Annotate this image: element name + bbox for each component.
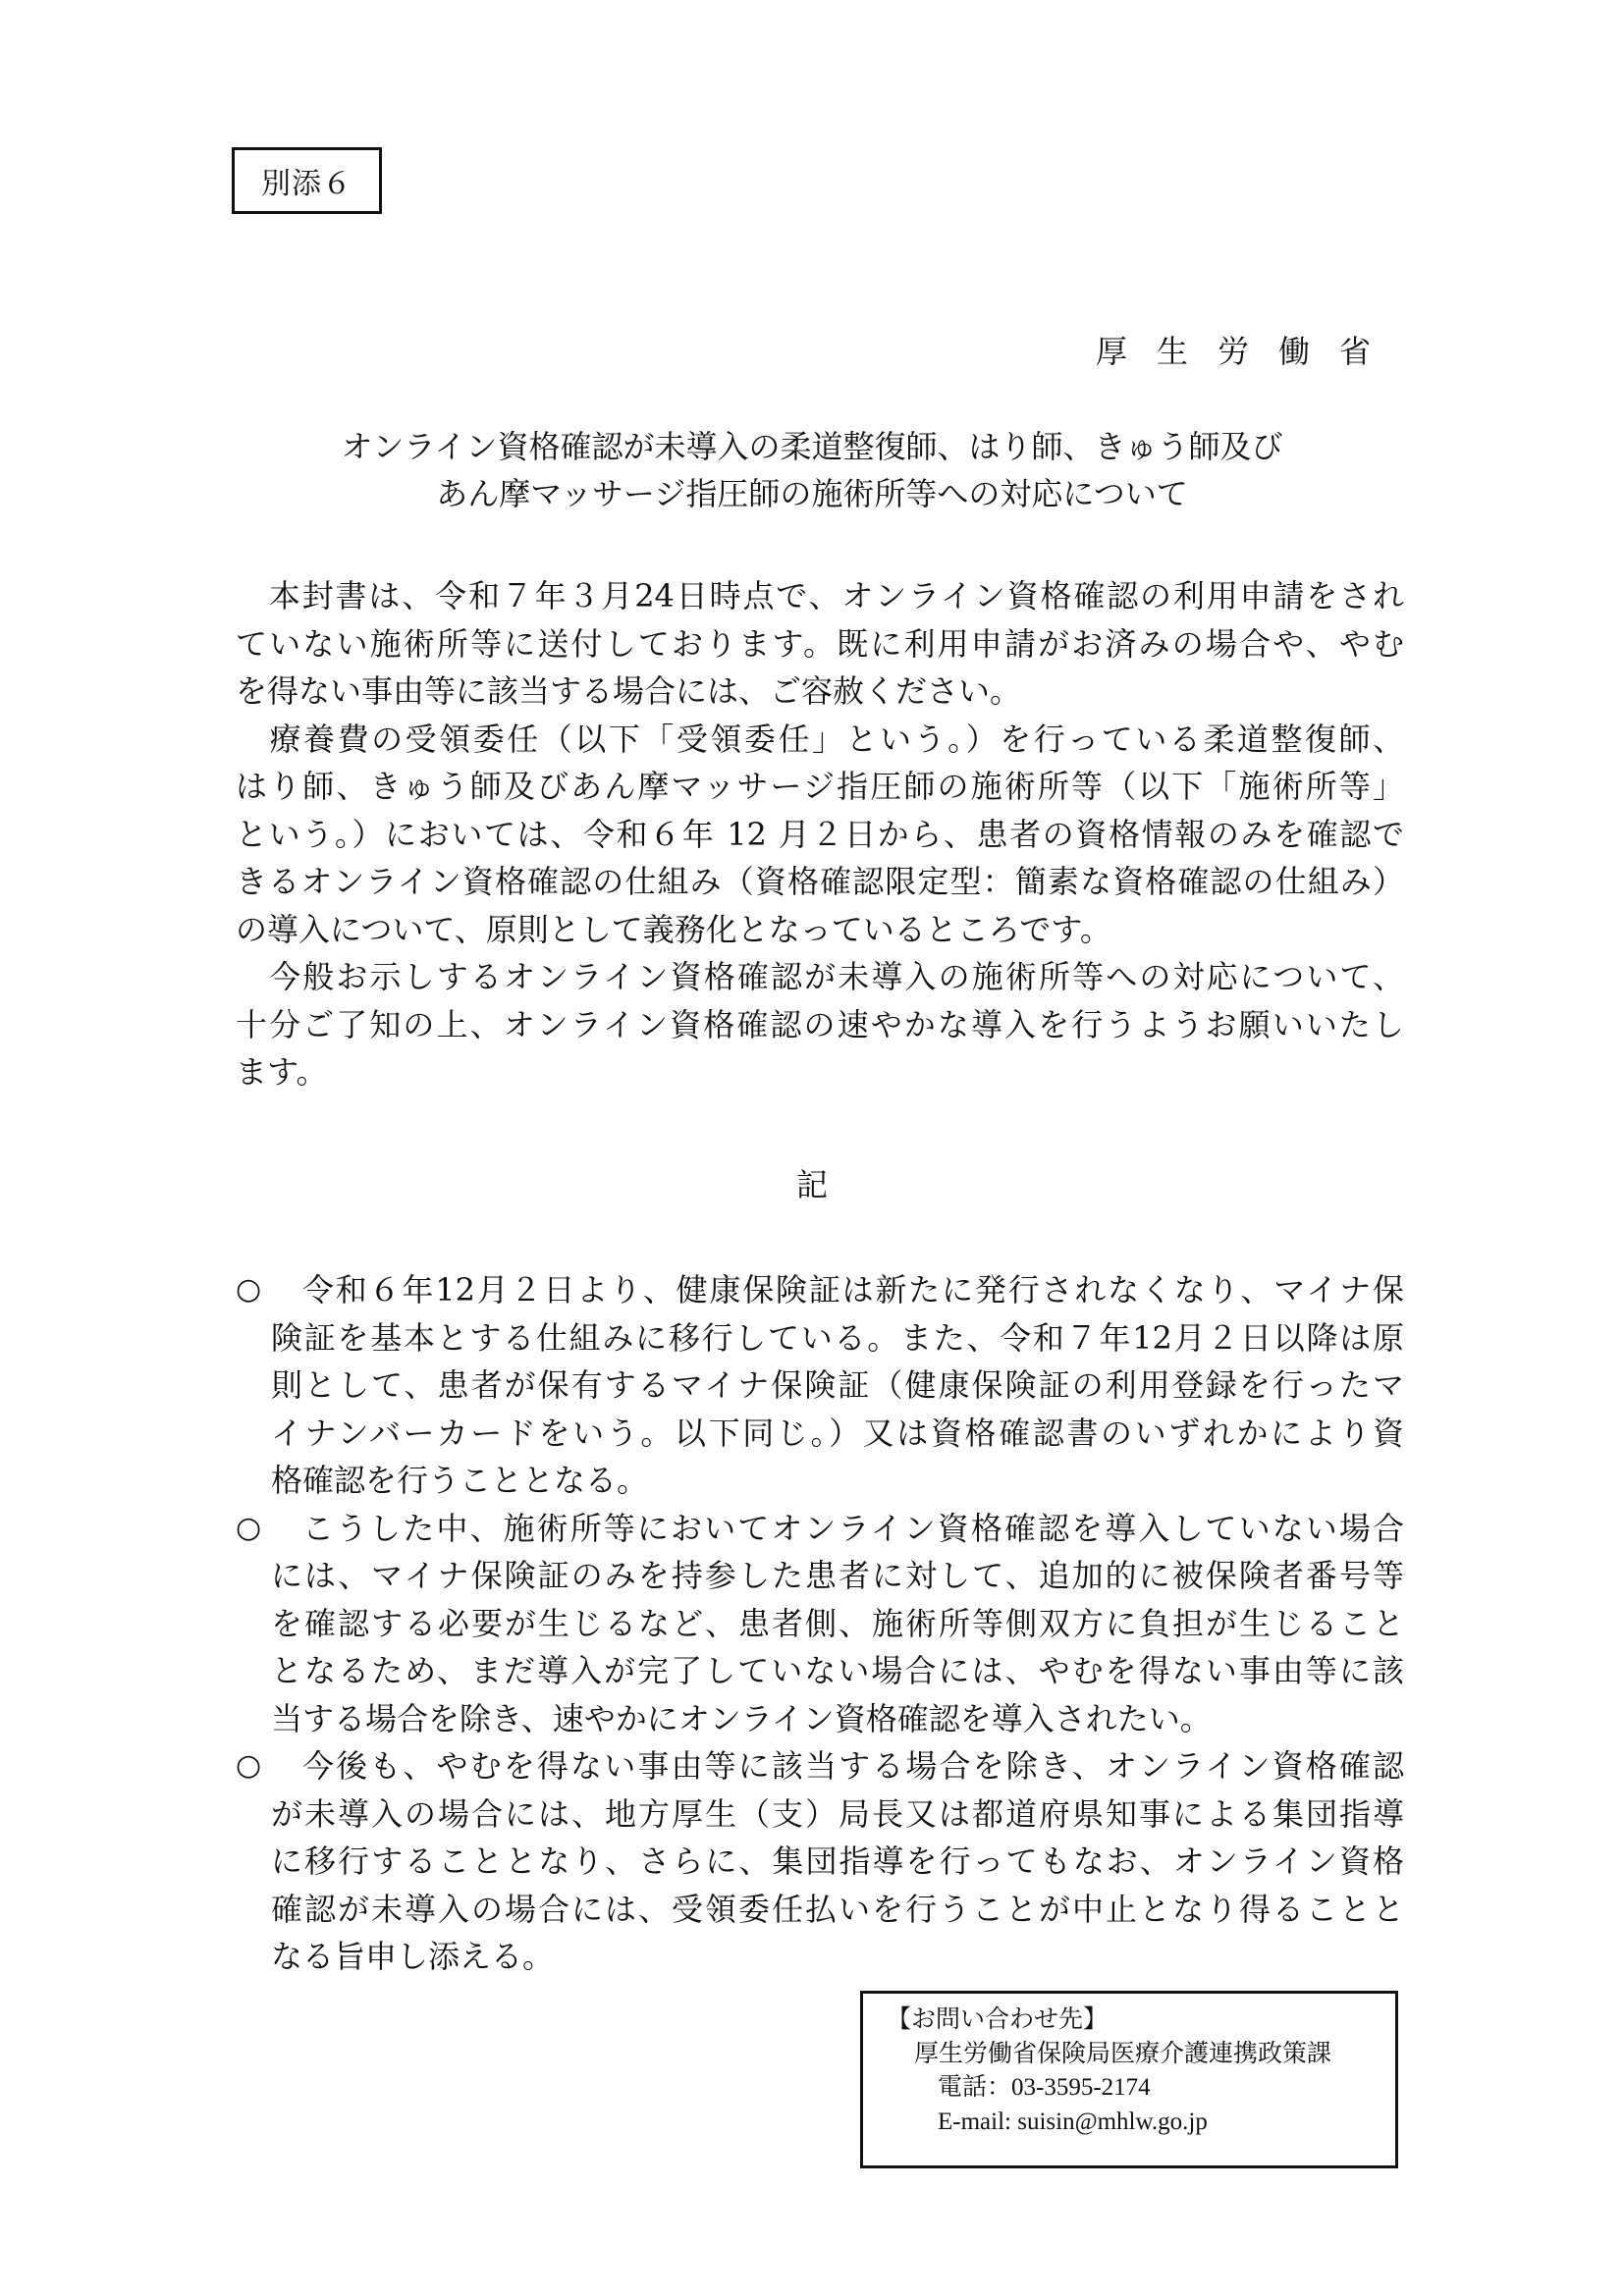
contact-department: 厚生労働省保険局医療介護連携政策課 bbox=[863, 2036, 1395, 2070]
bullet-line: を確認する必要が生じるなど、患者側、施術所等側双方に負担が生じること bbox=[236, 1600, 1404, 1648]
contact-phone: 電話：03-3595-2174 bbox=[863, 2070, 1395, 2105]
bullet-list: ○ 令和６年12月２日より、健康保険証は新たに発行されなくなり、マイナ保 険証を… bbox=[236, 1266, 1404, 1981]
bullet-line: イナンバーカードをいう。以下同じ。）又は資格確認書のいずれかにより資 bbox=[236, 1410, 1404, 1458]
circle-bullet-icon: ○ bbox=[236, 1742, 271, 1790]
intro-line: 今般お示しするオンライン資格確認が未導入の施術所等への対応について、 bbox=[236, 953, 1404, 1001]
intro-line: 十分ご了知の上、オンライン資格確認の速やかな導入を行うようお願いいたし bbox=[236, 1001, 1404, 1049]
attachment-label: 別添６ bbox=[261, 159, 352, 202]
intro-line: ていない施術所等に送付しております。既に利用申請がお済みの場合や、やむ bbox=[236, 620, 1404, 668]
intro-paragraphs: 本封書は、令和７年３月24日時点で、オンライン資格確認の利用申請をされ ていない… bbox=[236, 572, 1404, 1096]
bullet-line: 今後も、やむを得ない事由等に該当する場合を除き、オンライン資格確認 bbox=[236, 1742, 1404, 1790]
bullet-item: ○ 今後も、やむを得ない事由等に該当する場合を除き、オンライン資格確認 が未導入… bbox=[236, 1742, 1404, 1981]
bullet-line: 当する場合を除き、速やかにオンライン資格確認を導入されたい。 bbox=[236, 1695, 1404, 1743]
intro-line: 本封書は、令和７年３月24日時点で、オンライン資格確認の利用申請をされ bbox=[236, 572, 1404, 620]
document-title-line-1: オンライン資格確認が未導入の柔道整復師、はり師、きゅう師及び bbox=[0, 422, 1624, 467]
intro-line: を得ない事由等に該当する場合には、ご容赦ください。 bbox=[236, 667, 1404, 716]
bullet-line: 則として、患者が保有するマイナ保険証（健康保険証の利用登録を行ったマ bbox=[236, 1362, 1404, 1410]
intro-line: はり師、きゅう師及びあん摩マッサージ指圧師の施術所等（以下「施術所等」 bbox=[236, 763, 1404, 811]
attachment-label-box: 別添６ bbox=[232, 147, 382, 214]
bullet-line: となるため、まだ導入が完了していない場合には、やむを得ない事由等に該 bbox=[236, 1647, 1404, 1695]
bullet-item: ○ こうした中、施術所等においてオンライン資格確認を導入していない場合 には、マ… bbox=[236, 1505, 1404, 1743]
contact-heading: 【お問い合わせ先】 bbox=[863, 2002, 1395, 2036]
circle-bullet-icon: ○ bbox=[236, 1266, 271, 1314]
bullet-line: 格確認を行うこととなる。 bbox=[236, 1457, 1404, 1505]
bullet-item: ○ 令和６年12月２日より、健康保険証は新たに発行されなくなり、マイナ保 険証を… bbox=[236, 1266, 1404, 1505]
bullet-line: が未導入の場合には、地方厚生（支）局長又は都道府県知事による集団指導 bbox=[236, 1790, 1404, 1839]
intro-line: という。）においては、令和６年 12 月２日から、患者の資格情報のみを確認で bbox=[236, 811, 1404, 859]
bullet-line: なる旨申し添える。 bbox=[236, 1933, 1404, 1981]
intro-line: きるオンライン資格確認の仕組み（資格確認限定型：簡素な資格確認の仕組み） bbox=[236, 858, 1404, 906]
contact-email[interactable]: E-mail: suisin@mhlw.go.jp bbox=[863, 2105, 1395, 2139]
issuer-name: 厚生労働省 bbox=[1096, 327, 1400, 372]
bullet-line: 確認が未導入の場合には、受領委任払いを行うことが中止となり得ることと bbox=[236, 1886, 1404, 1934]
document-title-line-2: あん摩マッサージ指圧師の施術所等への対応について bbox=[0, 469, 1624, 514]
bullet-line: 令和６年12月２日より、健康保険証は新たに発行されなくなり、マイナ保 bbox=[236, 1266, 1404, 1314]
bullet-line: こうした中、施術所等においてオンライン資格確認を導入していない場合 bbox=[236, 1505, 1404, 1553]
circle-bullet-icon: ○ bbox=[236, 1505, 271, 1553]
bullet-line: 険証を基本とする仕組みに移行している。また、令和７年12月２日以降は原 bbox=[236, 1314, 1404, 1362]
intro-line: ます。 bbox=[236, 1048, 1404, 1096]
intro-line: の導入について、原則として義務化となっているところです。 bbox=[236, 906, 1404, 954]
contact-info-box: 【お問い合わせ先】 厚生労働省保険局医療介護連携政策課 電話：03-3595-2… bbox=[860, 1991, 1398, 2168]
bullet-line: に移行することとなり、さらに、集団指導を行ってもなお、オンライン資格 bbox=[236, 1838, 1404, 1886]
intro-line: 療養費の受領委任（以下「受領委任」という。）を行っている柔道整復師、 bbox=[236, 716, 1404, 764]
ki-heading: 記 bbox=[0, 1160, 1624, 1205]
bullet-line: には、マイナ保険証のみを持参した患者に対して、追加的に被保険者番号等 bbox=[236, 1552, 1404, 1600]
